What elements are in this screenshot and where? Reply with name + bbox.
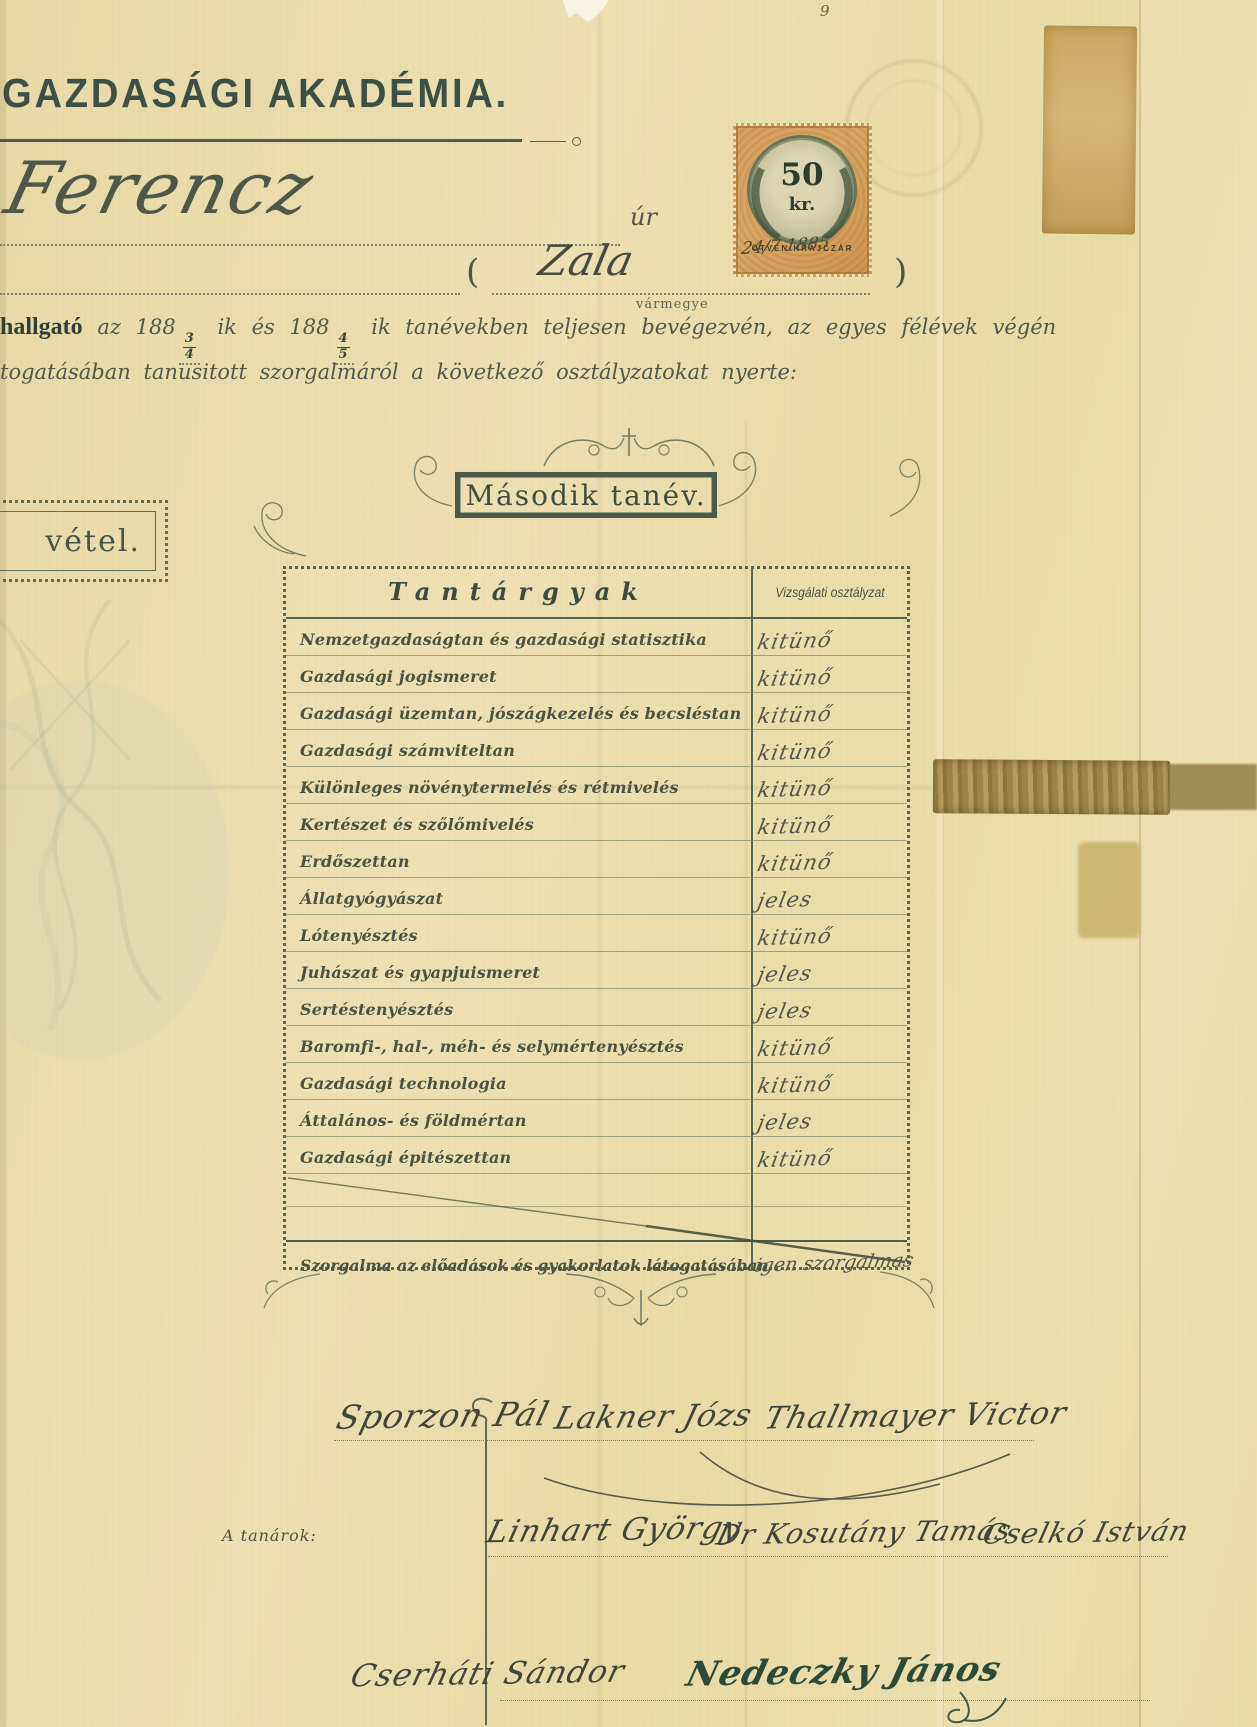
signature-handwritten: Nedeczky János [682,1649,1005,1694]
county-label: vármegye [636,297,709,312]
table-row: Lótenyésztéskitünő [286,915,907,952]
tape-stain-right-edge [1168,764,1257,810]
paragraph-seg3: ik tanévekben teljesen bevégezvén, az eg… [371,315,1056,339]
paper-edge-right [1139,0,1257,1727]
header-rule-dash [530,141,566,142]
column-header-grade: Vizsgálati osztályzat [762,585,899,600]
paragraph-seg1: az 188 [97,315,175,339]
signature-handwritten: Thallmayer Victor [761,1395,1071,1436]
birthplace-baseline [0,293,460,295]
paren-close: ) [894,252,907,292]
table-row: Különleges növénytermelés és rétmivelésk… [286,767,907,804]
certificate-paragraph-line2: togatásában tanusitott szorgalmáról a kö… [0,360,900,384]
flourish-table-top-left [250,496,310,560]
table-row: Áttalános- és földmértanjeles [286,1100,907,1137]
table-row: Juhászat és gyapjuismeretjeles [286,952,907,989]
academy-title: GAZDASÁGI AKADÉMIA. [2,70,509,117]
table-row: Gazdasági üzemtan, jószágkezelés és becs… [286,693,907,730]
flourish-top-center [534,426,724,476]
diligence-grade-handwritten: igen szorgalmas [753,1249,915,1276]
signature-flourish-descender [930,1690,1010,1727]
table-row: Erdőszettankitünő [286,841,907,878]
flourish-right-of-title [712,446,768,512]
section-title: Második tanév. [465,479,706,512]
signature-handwritten: Cserháti Sándor [347,1654,629,1695]
table-row: Gazdasági számviteltankitünő [286,730,907,767]
watermark-ornament [0,580,280,1080]
table-row: Sertéstenyésztésjeles [286,989,907,1026]
grades-table: Tantárgyak Vizsgálati osztályzat Nemzetg… [283,566,910,1270]
flourish-left-of-title [402,452,458,512]
ur-label: úr [630,203,657,231]
signature-handwritten: Linhart György [483,1510,746,1550]
table-row: Gazdasági jogismeretkitünő [286,656,907,693]
signature-handwritten: Lakner Józs [551,1397,756,1436]
column-header-subjects: Tantárgyak [286,577,751,606]
paper-tear-top [563,0,609,22]
empty-rows-struck-through [286,1174,907,1242]
table-header-row: Tantárgyak Vizsgálati osztályzat [286,569,907,619]
table-row: Baromfi-, hal-, méh- és selymértenyészté… [286,1026,907,1063]
stamp-value: 50 [750,160,854,191]
stamp-emblem-circle: 50 kr. [750,138,854,242]
signature-handwritten: Cselkó István [979,1514,1192,1551]
left-margin-box: vétel. [0,500,168,582]
diligence-row: Szorgalma az előadások és gyakorlatok lá… [286,1242,907,1288]
signature-handwritten: Sporzon Pál [333,1394,554,1437]
table-row: Gazdasági technologiakitünő [286,1063,907,1100]
signature-line [500,1700,1150,1701]
stamp-unit: kr. [750,194,854,215]
diligence-label: Szorgalma az előadások és gyakorlatok lá… [300,1256,769,1275]
name-baseline [0,244,620,246]
county-baseline [492,293,870,295]
signature-line [334,1440,1034,1441]
embossed-seal-inner [866,80,962,176]
paragraph-bold-word: hallgató [0,314,83,340]
signature-line [488,1556,1168,1557]
county-handwritten: Zala [535,236,638,285]
header-rule [0,139,522,142]
teachers-label: A tanárok: [222,1526,317,1545]
table-row: Kertészet és szőlőmiveléskitünő [286,804,907,841]
tape-stain-right-middle [933,759,1170,815]
header-rule-dot [572,137,581,146]
document-page: 9 GAZDASÁGI AKADÉMIA. Ferencz úr ( Zala … [0,0,1257,1727]
certificate-paragraph-line1: hallgató az 18834 ik és 18845 ik tanévek… [0,314,1140,365]
signature-handwritten: Dr Kosutány Tamás [713,1513,1015,1551]
flourish-table-top-right [884,450,928,520]
section-title-box: Második tanév. [455,472,717,518]
pencil-mark: 9 [820,2,830,20]
table-row: Állatgyógyászatjeles [286,878,907,915]
table-row: Nemzetgazdaságtan és gazdasági statiszti… [286,619,907,656]
stain-patch [1078,842,1140,938]
paren-open: ( [466,252,479,292]
strike-through-line [286,1174,907,1240]
table-row: Gazdasági épitészettankitünő [286,1137,907,1174]
paragraph-seg2: ik és 188 [217,315,329,339]
tape-stain-top-right [1042,26,1137,235]
left-margin-box-text: vétel. [0,511,156,571]
student-first-name-handwritten: Ferencz [0,146,323,230]
